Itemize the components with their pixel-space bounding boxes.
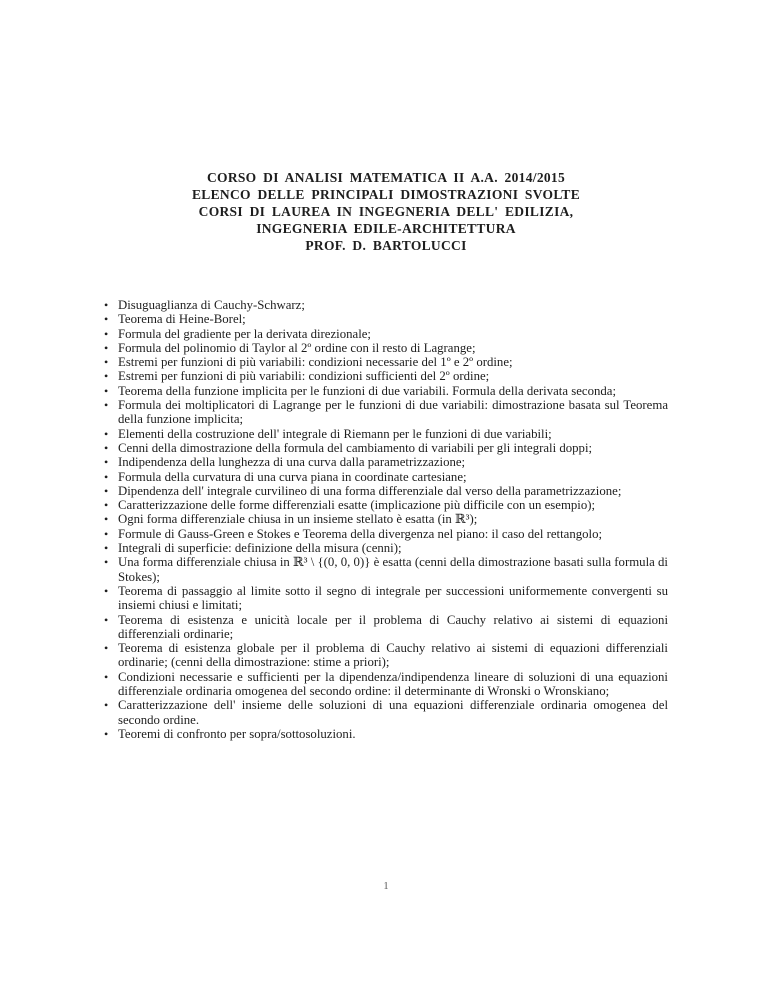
list-item: •Estremi per funzioni di più variabili: … <box>104 369 668 383</box>
list-item: •Teoremi di confronto per sopra/sottosol… <box>104 727 668 741</box>
bullet-icon: • <box>104 341 118 355</box>
title-line-4: INGEGNERIA EDILE-ARCHITETTURA <box>104 220 668 237</box>
bullet-icon: • <box>104 527 118 541</box>
bullet-icon: • <box>104 384 118 398</box>
list-item-text: Disuguaglianza di Cauchy-Schwarz; <box>118 298 668 312</box>
list-item-text: Integrali di superficie: definizione del… <box>118 541 668 555</box>
list-item-text: Dipendenza dell' integrale curvilineo di… <box>118 484 668 498</box>
bullet-icon: • <box>104 398 118 412</box>
title-line-2: ELENCO DELLE PRINCIPALI DIMOSTRAZIONI SV… <box>104 186 668 203</box>
bullet-icon: • <box>104 427 118 441</box>
list-item: •Teorema della funzione implicita per le… <box>104 384 668 398</box>
list-item: •Caratterizzazione delle forme differenz… <box>104 498 668 512</box>
bullet-icon: • <box>104 298 118 312</box>
list-item: •Formula dei moltiplicatori di Lagrange … <box>104 398 668 427</box>
list-item: •Teorema di passaggio al limite sotto il… <box>104 584 668 613</box>
bullet-icon: • <box>104 613 118 627</box>
bullet-icon: • <box>104 498 118 512</box>
list-item-text: Formula del gradiente per la derivata di… <box>118 327 668 341</box>
bullet-icon: • <box>104 369 118 383</box>
title-line-1: CORSO DI ANALISI MATEMATICA II A.A. 2014… <box>104 169 668 186</box>
list-item-text: Estremi per funzioni di più variabili: c… <box>118 355 668 369</box>
list-item-text: Indipendenza della lunghezza di una curv… <box>118 455 668 469</box>
list-item: •Formula della curvatura di una curva pi… <box>104 470 668 484</box>
list-item: •Estremi per funzioni di più variabili: … <box>104 355 668 369</box>
list-item-text: Estremi per funzioni di più variabili: c… <box>118 369 668 383</box>
list-item-text: Condizioni necessarie e sufficienti per … <box>118 670 668 699</box>
document-page: CORSO DI ANALISI MATEMATICA II A.A. 2014… <box>0 0 768 994</box>
page-number: 1 <box>104 881 668 892</box>
bullet-icon: • <box>104 470 118 484</box>
bullet-icon: • <box>104 584 118 598</box>
topics-list: •Disuguaglianza di Cauchy-Schwarz; •Teor… <box>104 298 668 741</box>
title-line-5: PROF. D. BARTOLUCCI <box>104 237 668 254</box>
list-item: •Teorema di esistenza e unicità locale p… <box>104 613 668 642</box>
list-item: •Formule di Gauss-Green e Stokes e Teore… <box>104 527 668 541</box>
bullet-icon: • <box>104 698 118 712</box>
bullet-icon: • <box>104 312 118 326</box>
bullet-icon: • <box>104 555 118 569</box>
bullet-icon: • <box>104 484 118 498</box>
list-item-text: Teorema di Heine-Borel; <box>118 312 668 326</box>
list-item-text: Teorema della funzione implicita per le … <box>118 384 668 398</box>
list-item: •Formula del polinomio di Taylor al 2º o… <box>104 341 668 355</box>
title-line-3: CORSI DI LAUREA IN INGEGNERIA DELL' EDIL… <box>104 203 668 220</box>
bullet-icon: • <box>104 327 118 341</box>
list-item: •Indipendenza della lunghezza di una cur… <box>104 455 668 469</box>
list-item-text: Formula della curvatura di una curva pia… <box>118 470 668 484</box>
list-item: •Cenni della dimostrazione della formula… <box>104 441 668 455</box>
list-item-text: Elementi della costruzione dell' integra… <box>118 427 668 441</box>
document-title: CORSO DI ANALISI MATEMATICA II A.A. 2014… <box>104 169 668 254</box>
bullet-icon: • <box>104 512 118 526</box>
list-item-text: Ogni forma differenziale chiusa in un in… <box>118 512 668 526</box>
list-item: •Condizioni necessarie e sufficienti per… <box>104 670 668 699</box>
bullet-icon: • <box>104 670 118 684</box>
bullet-icon: • <box>104 641 118 655</box>
list-item: •Caratterizzazione dell' insieme delle s… <box>104 698 668 727</box>
list-item-text: Teorema di esistenza e unicità locale pe… <box>118 613 668 642</box>
list-item: •Una forma differenziale chiusa in ℝ³ \ … <box>104 555 668 584</box>
bullet-icon: • <box>104 441 118 455</box>
list-item-text: Teoremi di confronto per sopra/sottosolu… <box>118 727 668 741</box>
list-item-text: Formula del polinomio di Taylor al 2º or… <box>118 341 668 355</box>
bullet-icon: • <box>104 541 118 555</box>
list-item: •Ogni forma differenziale chiusa in un i… <box>104 512 668 526</box>
list-item: •Formula del gradiente per la derivata d… <box>104 327 668 341</box>
list-item-text: Teorema di passaggio al limite sotto il … <box>118 584 668 613</box>
list-item-text: Una forma differenziale chiusa in ℝ³ \ {… <box>118 555 668 584</box>
list-item: •Dipendenza dell' integrale curvilineo d… <box>104 484 668 498</box>
list-item-text: Formule di Gauss-Green e Stokes e Teorem… <box>118 527 668 541</box>
list-item: •Teorema di esistenza globale per il pro… <box>104 641 668 670</box>
bullet-icon: • <box>104 727 118 741</box>
list-item-text: Teorema di esistenza globale per il prob… <box>118 641 668 670</box>
list-item: •Disuguaglianza di Cauchy-Schwarz; <box>104 298 668 312</box>
bullet-icon: • <box>104 455 118 469</box>
list-item: •Teorema di Heine-Borel; <box>104 312 668 326</box>
list-item-text: Caratterizzazione dell' insieme delle so… <box>118 698 668 727</box>
list-item-text: Cenni della dimostrazione della formula … <box>118 441 668 455</box>
list-item-text: Formula dei moltiplicatori di Lagrange p… <box>118 398 668 427</box>
list-item: •Elementi della costruzione dell' integr… <box>104 427 668 441</box>
bullet-icon: • <box>104 355 118 369</box>
list-item: •Integrali di superficie: definizione de… <box>104 541 668 555</box>
list-item-text: Caratterizzazione delle forme differenzi… <box>118 498 668 512</box>
